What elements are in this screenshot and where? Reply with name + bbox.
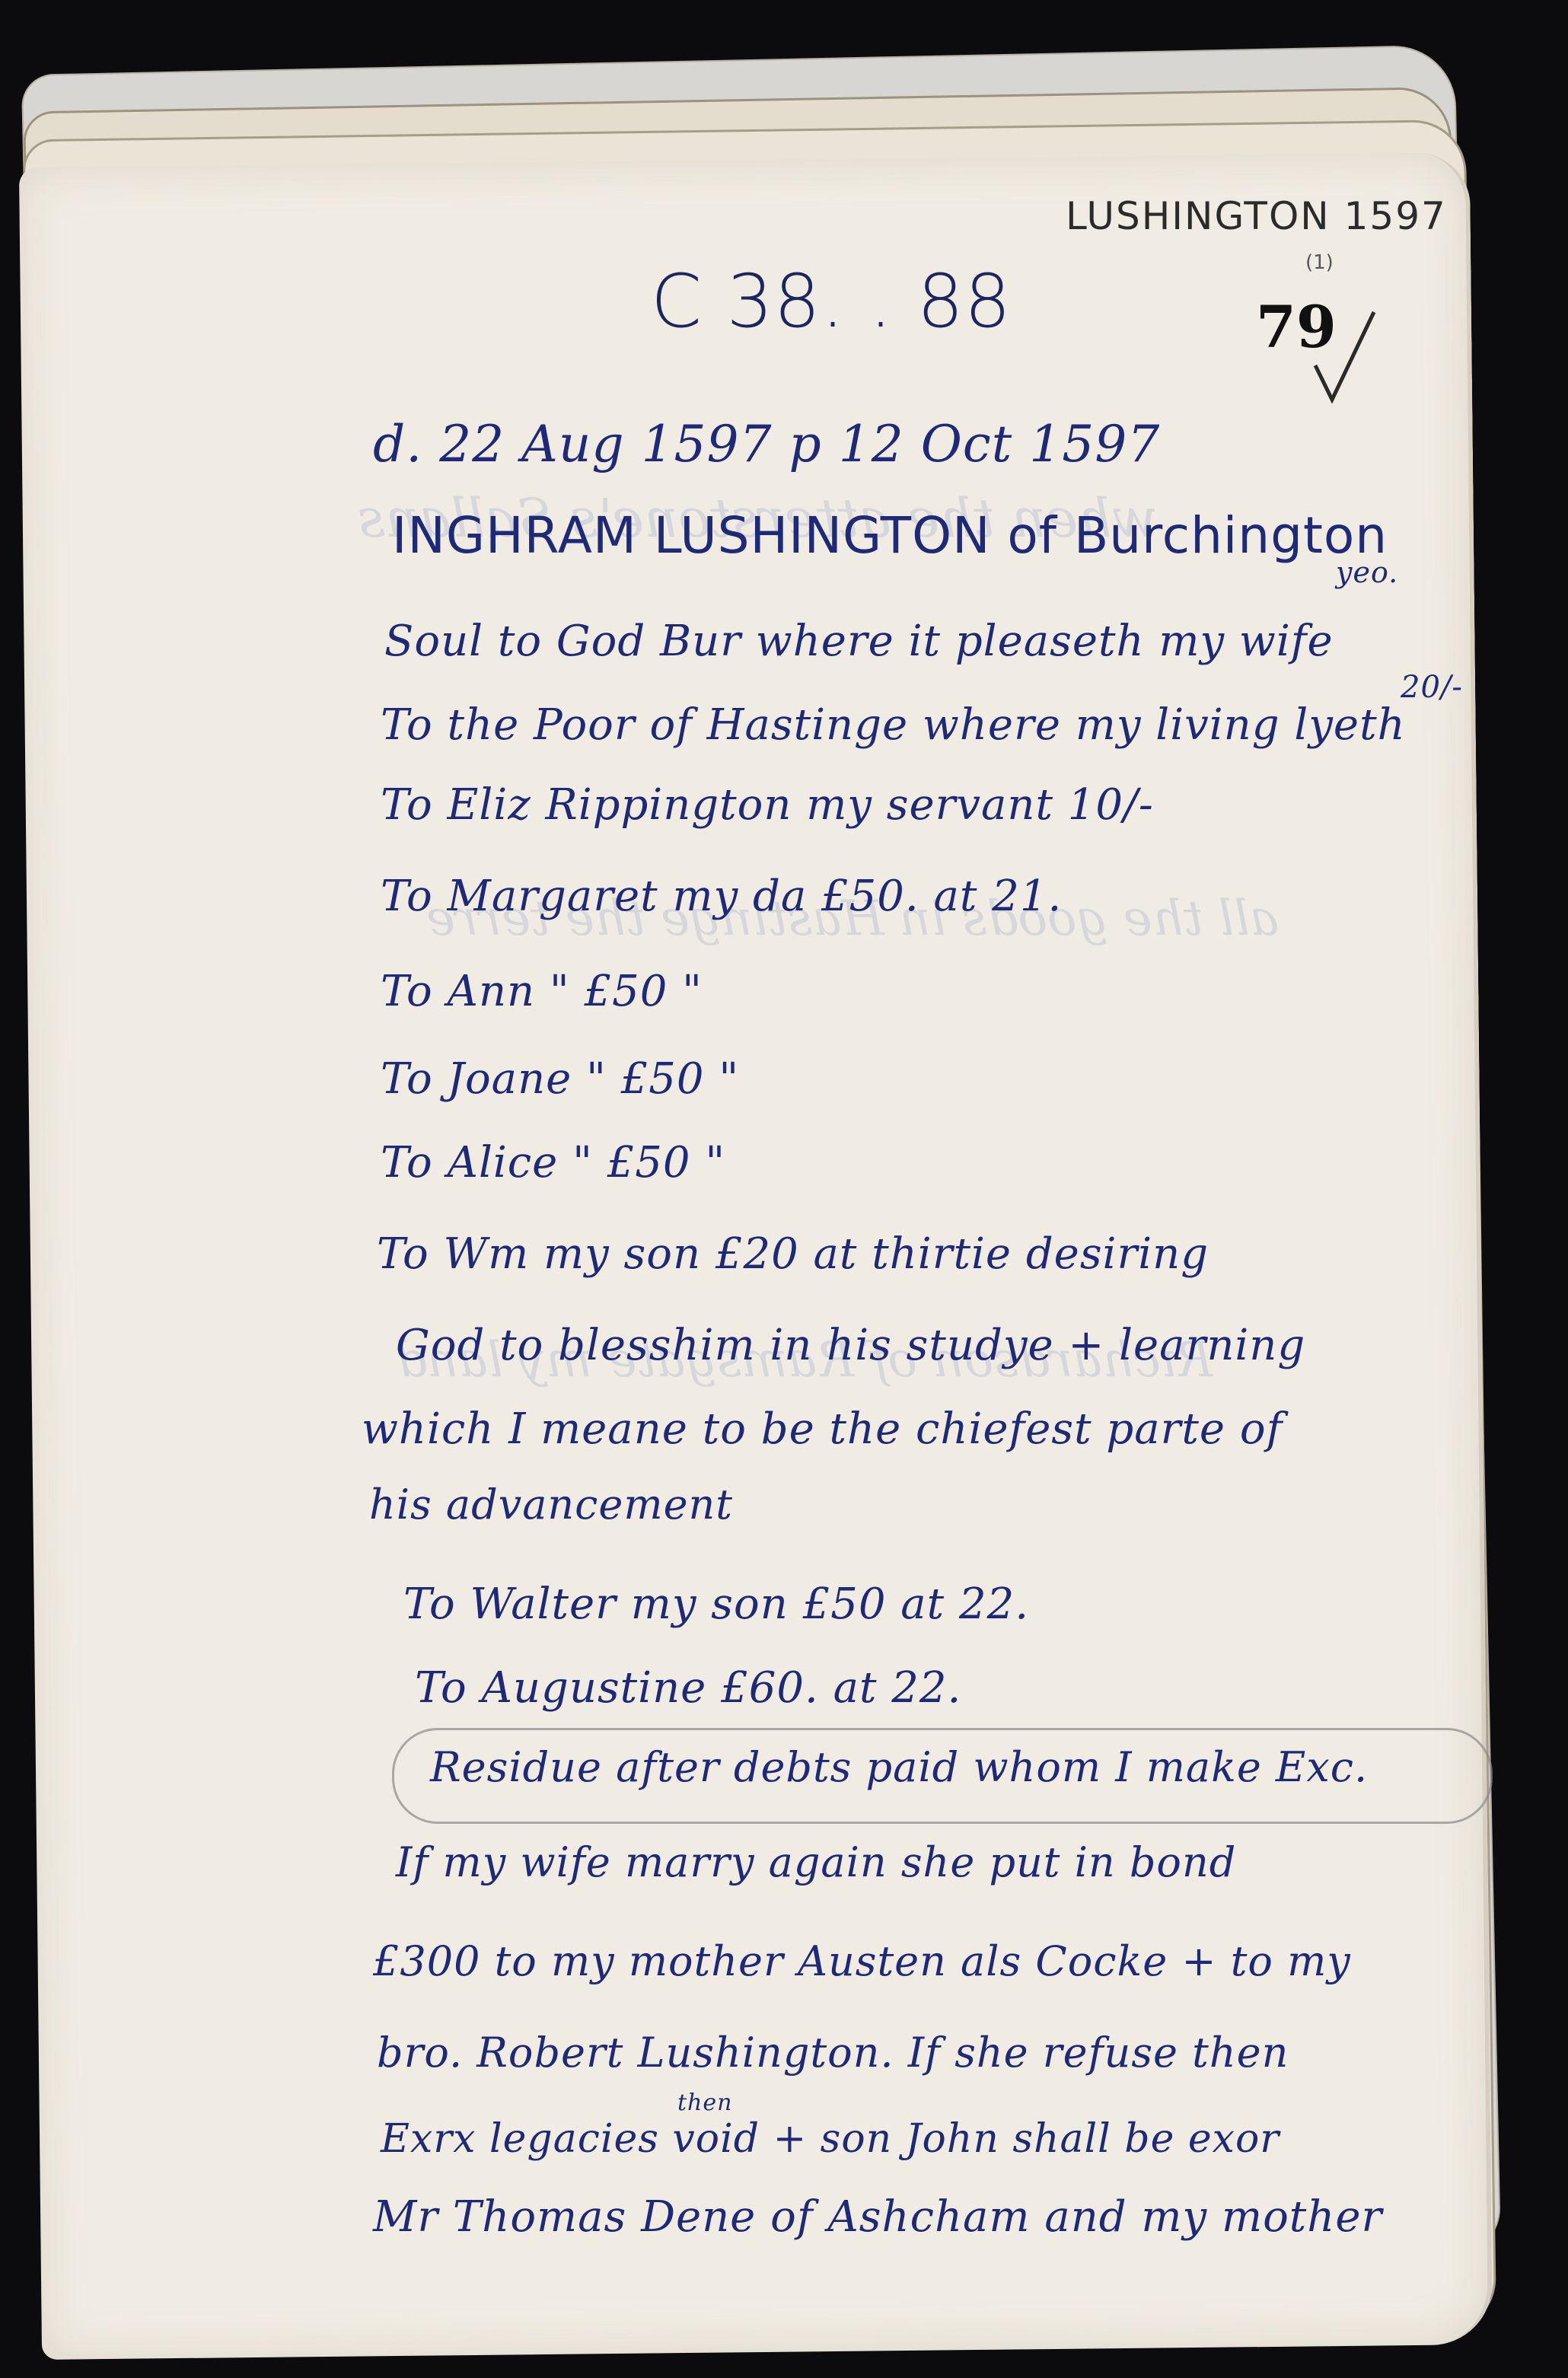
line-poor-of-hastinge: To the Poor of Hastinge where my living …: [381, 700, 1406, 750]
line-eliz-rippington: To Eliz Rippington my servant 10/-: [381, 780, 1154, 830]
line-brother-robert: bro. Robert Lushington. If she refuse th…: [377, 2029, 1289, 2077]
line-his-advancement: his advancement: [369, 1481, 733, 1528]
line-joane: To Joane " £50 ": [381, 1054, 739, 1104]
line-alice: To Alice " £50 ": [381, 1138, 725, 1187]
line-residue: Residue after debts paid whom I make Exc…: [430, 1743, 1368, 1791]
check-mark-icon: [1309, 304, 1378, 403]
line-if-wife-marry: If my wife marry again she put in bond: [396, 1838, 1236, 1886]
line-executrix: Exrx legacies void + son John shall be e…: [381, 2116, 1280, 2162]
line-soul-to-god: Soul to God Bur where it pleaseth my wif…: [384, 617, 1334, 666]
line-which-i-meane: which I meane to be the chiefest parte o…: [362, 1404, 1283, 1454]
death-probate-dates: d. 22 Aug 1597 p 12 Oct 1597: [373, 415, 1160, 473]
line-walter: To Walter my son £50 at 22.: [403, 1579, 1029, 1629]
line-margaret: To Margaret my da £50. at 21.: [381, 872, 1062, 921]
testator-name: INGHRAM LUSHINGTON of Burchington: [392, 506, 1388, 565]
line-300-to-mother: £300 to my mother Austen als Cocke + to …: [373, 1937, 1351, 1985]
line-augustine: To Augustine £60. at 22.: [415, 1663, 961, 1713]
reference-number: C 38. . 88: [651, 259, 1012, 344]
line-thomas-dene: Mr Thomas Dene of Ashcham and my mother: [373, 2192, 1382, 2242]
line-ann: To Ann " £50 ": [381, 967, 703, 1016]
line-insertion-then: then: [677, 2090, 732, 2116]
line-william: To Wm my son £20 at thirtie desiring: [377, 1229, 1209, 1279]
archive-name-label: LUSHINGTON 1597: [1066, 194, 1447, 238]
testator-occupation: yeo.: [1336, 556, 1398, 589]
line-god-bless: God to blesshim in his studye + learning: [396, 1321, 1305, 1370]
archive-sub-label: (1): [1305, 251, 1334, 274]
line-poor-amount: 20/-: [1401, 670, 1463, 705]
